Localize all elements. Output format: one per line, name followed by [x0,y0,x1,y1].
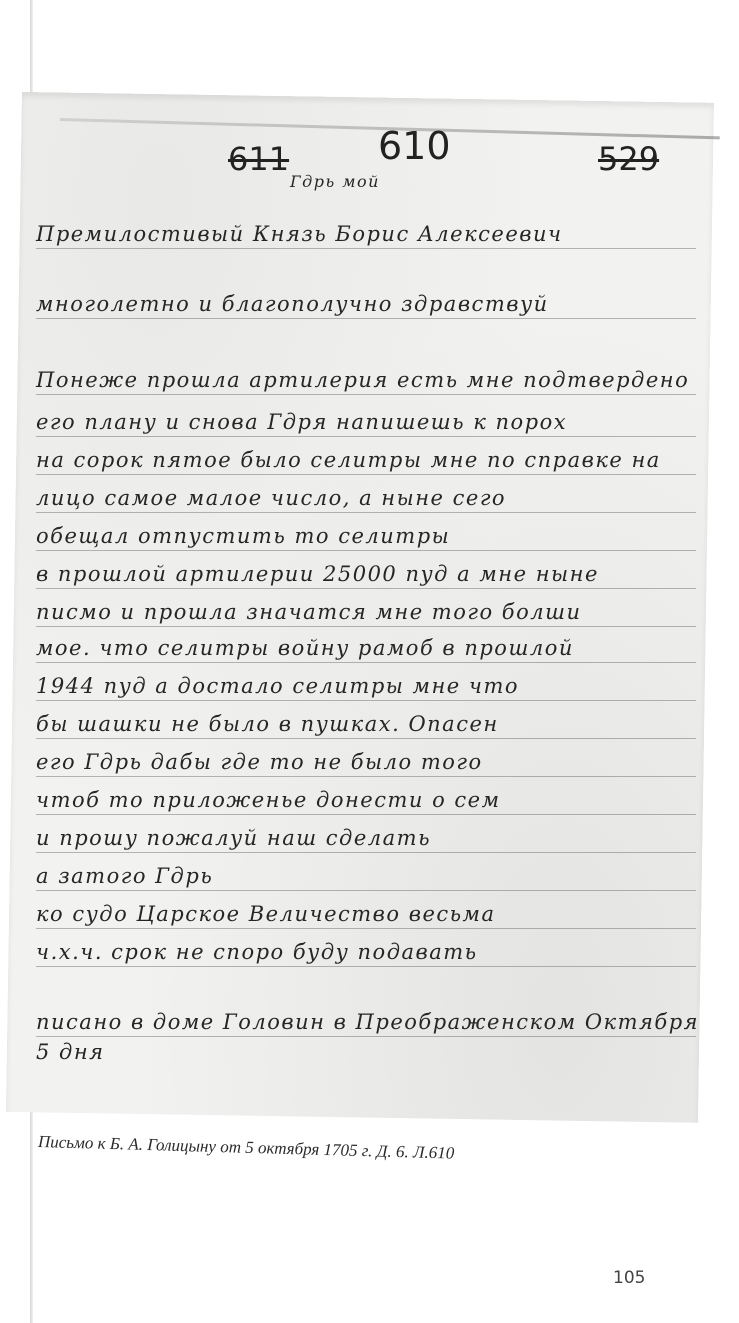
manuscript-line: писмо и прошла значатся мне того болши [36,600,696,627]
manuscript-line: многолетно и благополучно здравствуй [36,292,696,319]
manuscript-line: 1944 пуд а достало селитры мне что [36,674,696,701]
manuscript-line: на сорок пятое было селитры мне по справ… [36,448,696,475]
folio-number: 610 [378,124,451,168]
struck-folio-number: 529 [598,140,659,178]
manuscript-line: а затого Гдрь [36,864,696,891]
figure-caption: Письмо к Б. А. Голицыну от 5 октября 170… [38,1132,638,1169]
manuscript-line: писано в доме Головин в Преображенском О… [36,1010,696,1037]
manuscript-line: Гдрь мой [290,172,380,193]
manuscript-line: чтоб то приложенье донести о сем [36,788,696,815]
manuscript-line: обещал отпустить то селитры [36,524,696,551]
manuscript-line: и прошу пожалуй наш сделать [36,826,696,853]
manuscript-line: лицо самое малое число, а ныне сего [36,486,696,513]
manuscript-line: 5 дня [36,1040,105,1066]
page-number: 105 [613,1268,645,1288]
manuscript-line: ко судо Царское Величество весьма [36,902,696,929]
manuscript-line: Премилостивый Князь Борис Алексеевич [36,222,696,249]
manuscript-line: его Гдрь дабы где то не было того [36,750,696,777]
manuscript-line: мое. что селитры войну рамоб в прошлой [36,636,696,663]
struck-folio-number: 611 [228,140,289,178]
manuscript-line: в прошлой артилерии 25000 пуд а мне ныне [36,562,696,589]
manuscript-line: ч.х.ч. срок не споро буду подавать [36,940,696,967]
manuscript-line: бы шашки не было в пушках. Опасен [36,712,696,739]
manuscript-line: Понеже прошла артилерия есть мне подтвер… [36,368,696,395]
manuscript-line: его плану и снова Гдря напишешь к порох [36,410,696,437]
